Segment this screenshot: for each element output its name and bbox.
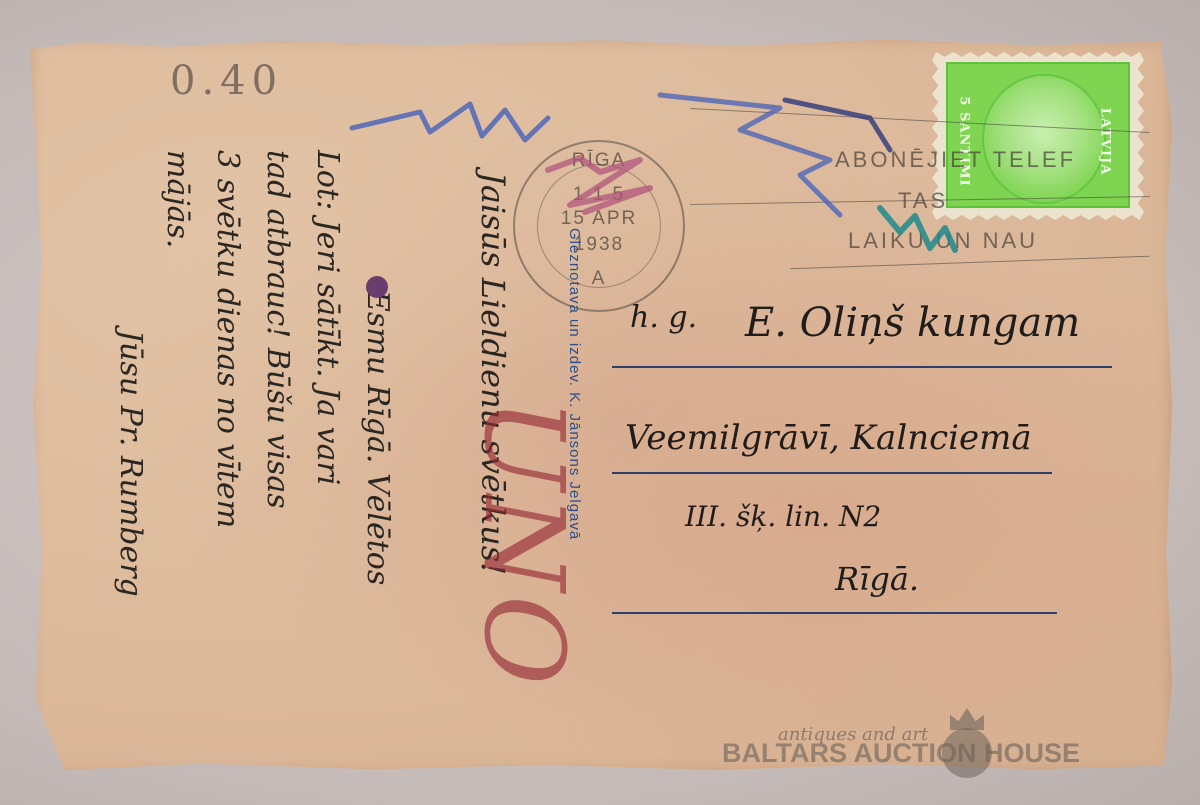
- address-street: III. šķ. lin. N2: [685, 500, 881, 533]
- address-rule: [612, 472, 1052, 474]
- scribble-strokes: [0, 0, 1200, 805]
- address-rule: [612, 612, 1057, 614]
- address-rule: [612, 366, 1112, 368]
- address-city: Rīgā.: [835, 560, 919, 598]
- watermark-name: BALTARS AUCTION HOUSE: [722, 738, 1080, 769]
- address-prefix: h. g.: [630, 300, 697, 335]
- address-place: Veemilgrāvī, Kalnciemā: [625, 418, 1032, 458]
- address-recipient: E. Oliņš kungam: [745, 300, 1080, 346]
